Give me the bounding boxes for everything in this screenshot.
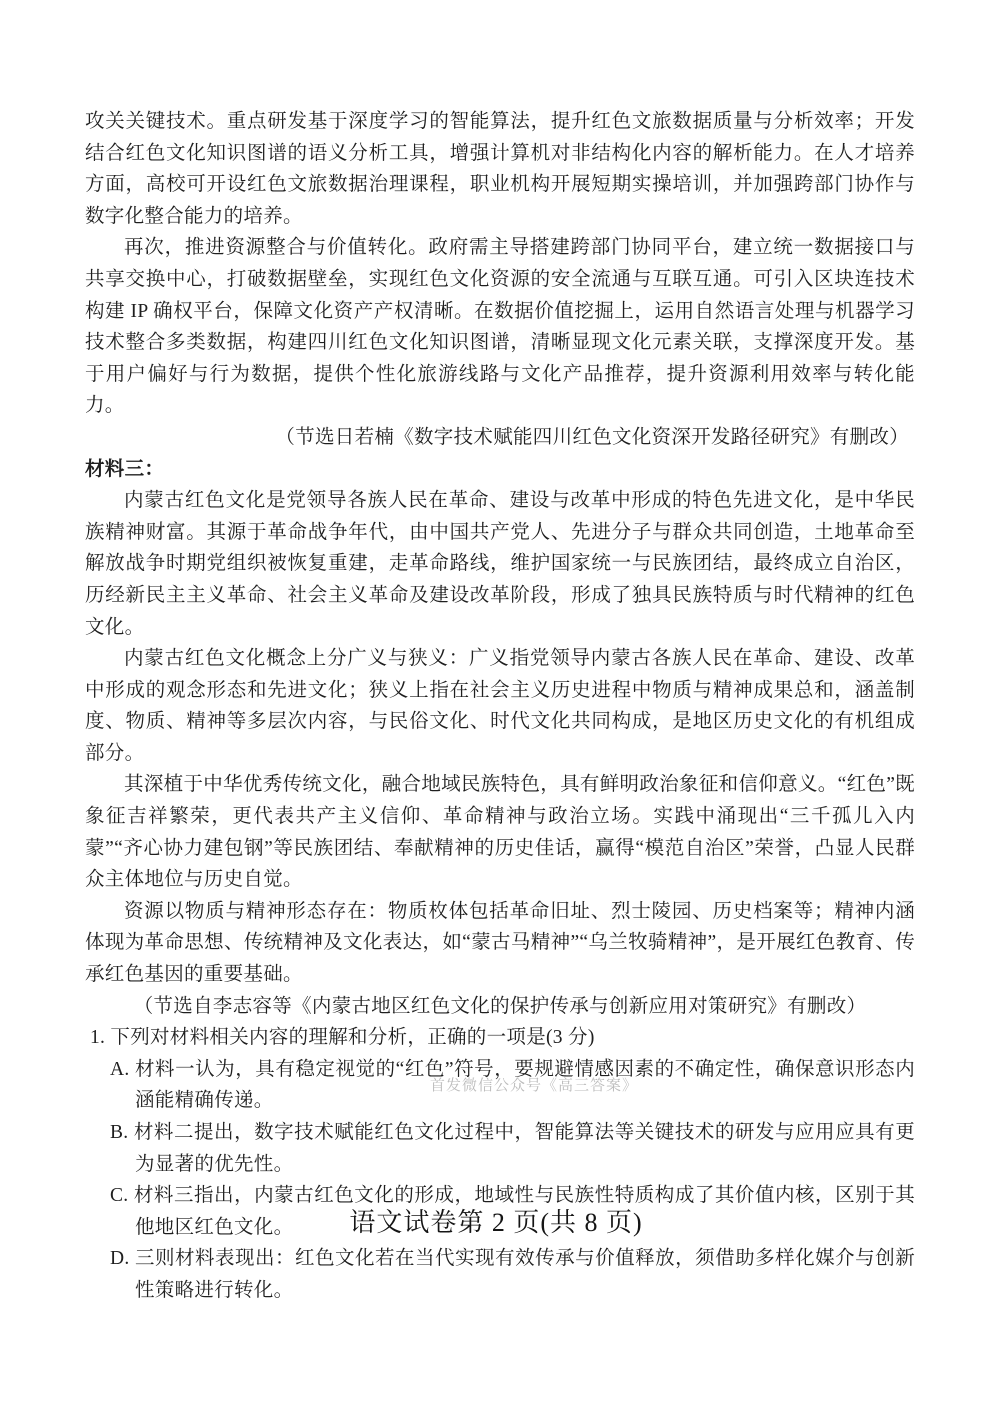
exam-paper-page: 攻关关键技术。重点研发基于深度学习的智能算法，提升红色文旅数据质量与分析效率；开… [0, 0, 992, 1403]
question-1-option-a: A. 材料一认为，具有稳定视觉的“红色”符号，要规避情感因素的不确定性，确保意识… [85, 1054, 915, 1117]
material-3-heading: 材料三： [85, 454, 915, 486]
material-3-paragraph-3: 其深植于中华优秀传统文化，融合地域民族特色，具有鲜明政治象征和信仰意义。“红色”… [85, 769, 915, 895]
material-3-source-attribution: （节选自李志容等《内蒙古地区红色文化的保护传承与创新应用对策研究》有删改） [85, 991, 915, 1023]
question-1-option-d: D. 三则材料表现出：红色文化若在当代实现有效传承与价值释放，须借助多样化媒介与… [85, 1243, 915, 1306]
page-content: 攻关关键技术。重点研发基于深度学习的智能算法，提升红色文旅数据质量与分析效率；开… [85, 106, 915, 1307]
material-2-paragraph-continuation: 攻关关键技术。重点研发基于深度学习的智能算法，提升红色文旅数据质量与分析效率；开… [85, 106, 915, 232]
question-1-stem: 1. 下列对材料相关内容的理解和分析，正确的一项是(3 分) [85, 1022, 915, 1054]
question-1-option-b: B. 材料二提出，数字技术赋能红色文化过程中，智能算法等关键技术的研发与应用应具… [85, 1117, 915, 1180]
material-3-paragraph-4: 资源以物质与精神形态存在：物质枚体包括革命旧址、烈士陵园、历史档案等；精神内涵体… [85, 896, 915, 991]
material-3-paragraph-2: 内蒙古红色文化概念上分广义与狭义：广义指党领导内蒙古各族人民在革命、建设、改革中… [85, 643, 915, 769]
material-2-source-attribution: （节选日若楠《数字技术赋能四川红色文化资深开发路径研究》有删改） [85, 422, 915, 454]
material-3-paragraph-1: 内蒙古红色文化是党领导各族人民在革命、建设与改革中形成的特色先进文化，是中华民族… [85, 485, 915, 643]
page-number-footer: 语文试卷第 2 页(共 8 页) [0, 1202, 992, 1239]
material-2-paragraph: 再次，推进资源整合与价值转化。政府需主导搭建跨部门协同平台，建立统一数据接口与共… [85, 232, 915, 422]
